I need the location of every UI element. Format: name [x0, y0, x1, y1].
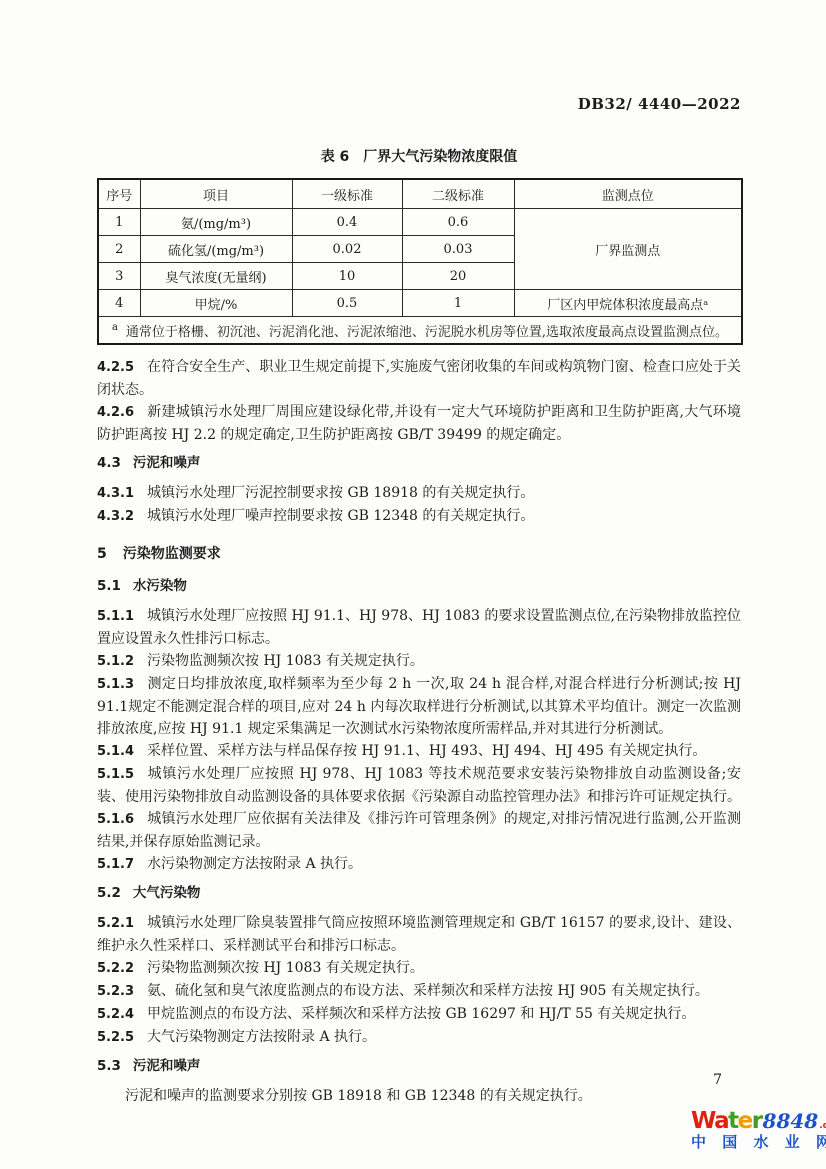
clause-text: 城镇污水处理厂应按照 HJ 91.1、HJ 978、HJ 1083 的要求设置监… [97, 608, 741, 647]
clause-5.2.2: 5.2.2污染物监测频次按 HJ 1083 有关规定执行。 [97, 957, 741, 980]
clause-number: 4.2.6 [97, 405, 147, 420]
monitor-point-cell: 厂界监测点 [514, 209, 742, 290]
clause-5.1.6: 5.1.6城镇污水处理厂应依据有关法律及《排污许可管理条例》的规定,对排污情况进… [97, 808, 741, 853]
column-header: 项目 [140, 179, 292, 209]
clause-number: 5.2.1 [97, 916, 147, 931]
row-level2-cell: 20 [402, 263, 514, 290]
clause-number: 5.1.6 [97, 812, 147, 827]
clause-number: 5.2.3 [97, 984, 147, 999]
clause-number: 5.1.1 [97, 609, 147, 624]
logo-letter: r [752, 1108, 762, 1134]
clause-text: 大气污染物 [133, 885, 201, 901]
logo-letter: t [728, 1108, 738, 1134]
logo-wordmark: Water8848.com [691, 1110, 823, 1133]
heading-5.2: 5.2大气污染物 [97, 882, 741, 904]
clause-number: 5.2.2 [97, 961, 147, 976]
clause-4.3.2: 4.3.2城镇污水处理厂噪声控制要求按 GB 12348 的有关规定执行。 [97, 505, 741, 528]
clause-number: 5.1.7 [97, 857, 147, 872]
logo-letter: a [714, 1108, 728, 1134]
clause-number: 5.1.3 [97, 677, 147, 692]
clause-number: 5.1.2 [97, 654, 147, 669]
clause-5.2.5: 5.2.5大气污染物测定方法按附录 A 执行。 [97, 1026, 741, 1049]
clause-text: 城镇污水处理厂应依据有关法律及《排污许可管理条例》的规定,对排污情况进行监测,公… [97, 811, 741, 850]
heading-4.3: 4.3污泥和噪声 [97, 452, 741, 474]
clause-number: 5.1.5 [97, 767, 147, 782]
clause-5.2.4: 5.2.4甲烷监测点的布设方法、采样频次和采样方法按 GB 16297 和 HJ… [97, 1003, 741, 1026]
logo-chinese-name: 中 国 水 业 网 [691, 1135, 823, 1150]
clause-number: 5.2.4 [97, 1007, 147, 1022]
clause-5.1.1: 5.1.1城镇污水处理厂应按照 HJ 91.1、HJ 978、HJ 1083 的… [97, 605, 741, 650]
clause-text: 城镇污水处理厂应按照 HJ 978、HJ 1083 等技术规范要求安装污染物排放… [97, 766, 741, 805]
body-blocks: 4.2.5在符合安全生产、职业卫生规定前提下,实施废气密闭收集的车间或构筑物门窗… [97, 356, 741, 1107]
table-row: 1氨/(mg/m³)0.40.6厂界监测点 [98, 209, 742, 236]
monitor-point-cell: 厂区内甲烷体积浓度最高点ᵃ [514, 290, 742, 317]
clause-5.1.4: 5.1.4采样位置、采样方法与样品保存按 HJ 91.1、HJ 493、HJ 4… [97, 740, 741, 763]
clause-text: 污泥和噪声 [133, 1058, 201, 1074]
clause-text: 水污染物 [133, 578, 187, 594]
clause-5.2.3: 5.2.3氨、硫化氢和臭气浓度监测点的布设方法、采样频次和采样方法按 HJ 90… [97, 980, 741, 1003]
clause-text: 氨、硫化氢和臭气浓度监测点的布设方法、采样频次和采样方法按 HJ 905 有关规… [147, 983, 709, 999]
clause-5.1.5: 5.1.5城镇污水处理厂应按照 HJ 978、HJ 1083 等技术规范要求安装… [97, 763, 741, 808]
clause-5.1.3: 5.1.3测定日均排放浓度,取样频率为至少每 2 h 一次,取 24 h 混合样… [97, 673, 741, 740]
clause-text: 水污染物测定方法按附录 A 执行。 [147, 856, 362, 872]
page-content: DB32/ 4440—2022 表 6 厂界大气污染物浓度限值 序号项目一级标准… [97, 0, 741, 1107]
clause-5.1.2: 5.1.2污染物监测频次按 HJ 1083 有关规定执行。 [97, 650, 741, 673]
logo-letter: W [691, 1108, 714, 1134]
row-item-cell: 氨/(mg/m³) [140, 209, 292, 236]
clause-4.2.5: 4.2.5在符合安全生产、职业卫生规定前提下,实施废气密闭收集的车间或构筑物门窗… [97, 356, 741, 401]
limits-table: 序号项目一级标准二级标准监测点位 1氨/(mg/m³)0.40.6厂界监测点2硫… [97, 178, 743, 345]
column-header: 监测点位 [514, 179, 742, 209]
table-footnote-row: a通常位于格栅、初沉池、污泥消化池、污泥浓缩池、污泥脱水机房等位置,选取浓度最高… [98, 317, 742, 345]
heading-5: 5污染物监测要求 [97, 543, 741, 565]
row-level1-cell: 10 [292, 263, 402, 290]
footnote-marker: a [112, 322, 126, 333]
limits-table-body: 1氨/(mg/m³)0.40.6厂界监测点2硫化氢/(mg/m³)0.020.0… [98, 209, 742, 345]
row-item-cell: 臭气浓度(无量纲) [140, 263, 292, 290]
page-number: 7 [660, 1072, 722, 1088]
row-item-cell: 甲烷/% [140, 290, 292, 317]
column-header: 一级标准 [292, 179, 402, 209]
clause-text: 污泥和噪声 [133, 455, 201, 471]
table-title: 表 6 厂界大气污染物浓度限值 [97, 146, 741, 166]
heading-5.3: 5.3污泥和噪声 [97, 1055, 741, 1077]
table-header-row: 序号项目一级标准二级标准监测点位 [98, 179, 742, 209]
clause-4.2.6: 4.2.6新建城镇污水处理厂周围应建设绿化带,并设有一定大气环境防护距离和卫生防… [97, 401, 741, 446]
row-level1-cell: 0.02 [292, 236, 402, 263]
logo-tld-com: .com [819, 1122, 826, 1131]
clause-text: 城镇污水处理厂除臭装置排气筒应按照环境监测管理规定和 GB/T 16157 的要… [97, 915, 741, 954]
table-row: 4甲烷/%0.51厂区内甲烷体积浓度最高点ᵃ [98, 290, 742, 317]
clause-4.3.1: 4.3.1城镇污水处理厂污泥控制要求按 GB 18918 的有关规定执行。 [97, 482, 741, 505]
clause-text: 大气污染物测定方法按附录 A 执行。 [147, 1029, 376, 1045]
clause-text: 城镇污水处理厂噪声控制要求按 GB 12348 的有关规定执行。 [147, 508, 534, 524]
row-item-cell: 硫化氢/(mg/m³) [140, 236, 292, 263]
clause-5.1.7: 5.1.7水污染物测定方法按附录 A 执行。 [97, 853, 741, 876]
row-level2-cell: 0.03 [402, 236, 514, 263]
row-level1-cell: 0.5 [292, 290, 402, 317]
clause-text: 污染物监测要求 [123, 546, 221, 562]
clause-text: 甲烷监测点的布设方法、采样频次和采样方法按 GB 16297 和 HJ/T 55… [147, 1006, 695, 1022]
paragraph: 污泥和噪声的监测要求分别按 GB 18918 和 GB 12348 的有关规定执… [97, 1085, 741, 1107]
row-no-cell: 2 [98, 236, 140, 263]
doc-number: DB32/ 4440—2022 [97, 95, 741, 113]
clause-number: 5.2.5 [97, 1030, 147, 1045]
logo-word-water: Water [691, 1110, 762, 1133]
table-footnote: a通常位于格栅、初沉池、污泥消化池、污泥浓缩池、污泥脱水机房等位置,选取浓度最高… [98, 317, 742, 345]
clause-number: 4.3.2 [97, 509, 147, 524]
clause-number: 4.2.5 [97, 360, 147, 375]
row-no-cell: 1 [98, 209, 140, 236]
logo-number-8848: 8848 [763, 1111, 819, 1131]
row-level1-cell: 0.4 [292, 209, 402, 236]
heading-5.1: 5.1水污染物 [97, 575, 741, 597]
clause-number: 5.2 [97, 885, 133, 901]
clause-number: 5.3 [97, 1058, 133, 1074]
clause-text: 污染物监测频次按 HJ 1083 有关规定执行。 [147, 960, 424, 976]
clause-text: 新建城镇污水处理厂周围应建设绿化带,并设有一定大气环境防护距离和卫生防护距离,大… [97, 404, 741, 443]
clause-number: 4.3 [97, 455, 133, 471]
clause-number: 5.1 [97, 578, 133, 594]
clause-number: 4.3.1 [97, 486, 147, 501]
clause-text: 污染物监测频次按 HJ 1083 有关规定执行。 [147, 653, 424, 669]
clause-5.2.1: 5.2.1城镇污水处理厂除臭装置排气筒应按照环境监测管理规定和 GB/T 161… [97, 912, 741, 957]
clause-text: 测定日均排放浓度,取样频率为至少每 2 h 一次,取 24 h 混合样,对混合样… [97, 676, 741, 737]
clause-text: 城镇污水处理厂污泥控制要求按 GB 18918 的有关规定执行。 [147, 485, 534, 501]
clause-number: 5.1.4 [97, 744, 147, 759]
clause-number: 5 [97, 546, 123, 562]
column-header: 序号 [98, 179, 140, 209]
logo-letter: e [738, 1108, 752, 1134]
row-level2-cell: 0.6 [402, 209, 514, 236]
water8848-logo: Water8848.com 中 国 水 业 网 [691, 1110, 823, 1150]
clause-text: 在符合安全生产、职业卫生规定前提下,实施废气密闭收集的车间或构筑物门窗、检查口应… [97, 359, 741, 398]
clause-text: 采样位置、采样方法与样品保存按 HJ 91.1、HJ 493、HJ 494、HJ… [147, 743, 706, 759]
column-header: 二级标准 [402, 179, 514, 209]
row-level2-cell: 1 [402, 290, 514, 317]
row-no-cell: 3 [98, 263, 140, 290]
row-no-cell: 4 [98, 290, 140, 317]
